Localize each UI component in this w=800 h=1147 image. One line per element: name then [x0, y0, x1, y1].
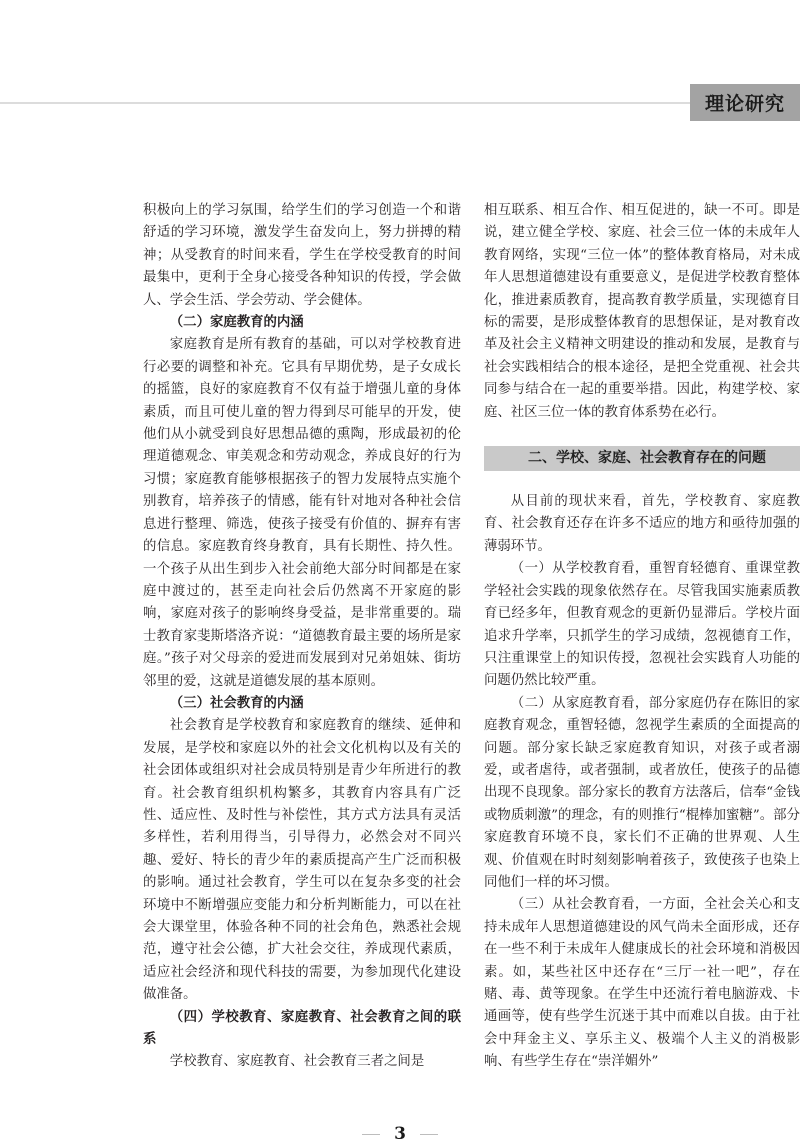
paragraph: （一）从学校教育看，重智育轻德育、重课堂教学轻社会实践的现象依然存在。尽管我国实…	[484, 558, 800, 692]
paragraph: 学校教育、家庭教育、社会教育三者之间是	[143, 1051, 461, 1073]
left-column: 积极向上的学习氛围，给学生们的学习创造一个和谐舒适的学习环境，激发学生奋发向上，…	[143, 200, 461, 1074]
footer-dash-right	[420, 1134, 438, 1135]
section-tag: 理论研究	[690, 84, 800, 121]
paragraph: 积极向上的学习氛围，给学生们的学习创造一个和谐舒适的学习环境，激发学生奋发向上，…	[143, 200, 461, 312]
subheading-social-education: （三）社会教育的内涵	[143, 693, 461, 715]
subheading-family-education: （二）家庭教育的内涵	[143, 312, 461, 334]
paragraph: 相互联系、相互合作、相互促进的，缺一不可。即是说，建立健全学校、家庭、社会三位一…	[484, 200, 800, 424]
paragraph: 社会教育是学校教育和家庭教育的继续、延伸和发展，是学校和家庭以外的社会文化机构以…	[143, 715, 461, 1006]
header-rule	[0, 102, 690, 104]
footer-dash-left	[362, 1134, 380, 1135]
subheading-relationship: （四）学校教育、家庭教育、社会教育之间的联系	[143, 1007, 461, 1052]
page-number: 3	[394, 1124, 406, 1144]
paragraph: 从目前的现状来看，首先，学校教育、家庭教育、社会教育还存在许多不适应的地方和亟待…	[484, 491, 800, 558]
paragraph: （二）从家庭教育看，部分家庭仍存在陈旧的家庭教育观念，重智轻德，忽视学生素质的全…	[484, 693, 800, 895]
paragraph: （三）从社会教育看，一方面，全社会关心和支持未成年人思想道德建设的风气尚未全面形…	[484, 894, 800, 1073]
right-column: 相互联系、相互合作、相互促进的，缺一不可。即是说，建立健全学校、家庭、社会三位一…	[484, 200, 800, 1074]
section-heading: 二、学校、家庭、社会教育存在的问题	[484, 446, 800, 471]
paragraph: 家庭教育是所有教育的基础，可以对学校教育进行必要的调整和补充。它具有早期优势，是…	[143, 334, 461, 693]
page-footer: 3	[0, 1124, 800, 1144]
